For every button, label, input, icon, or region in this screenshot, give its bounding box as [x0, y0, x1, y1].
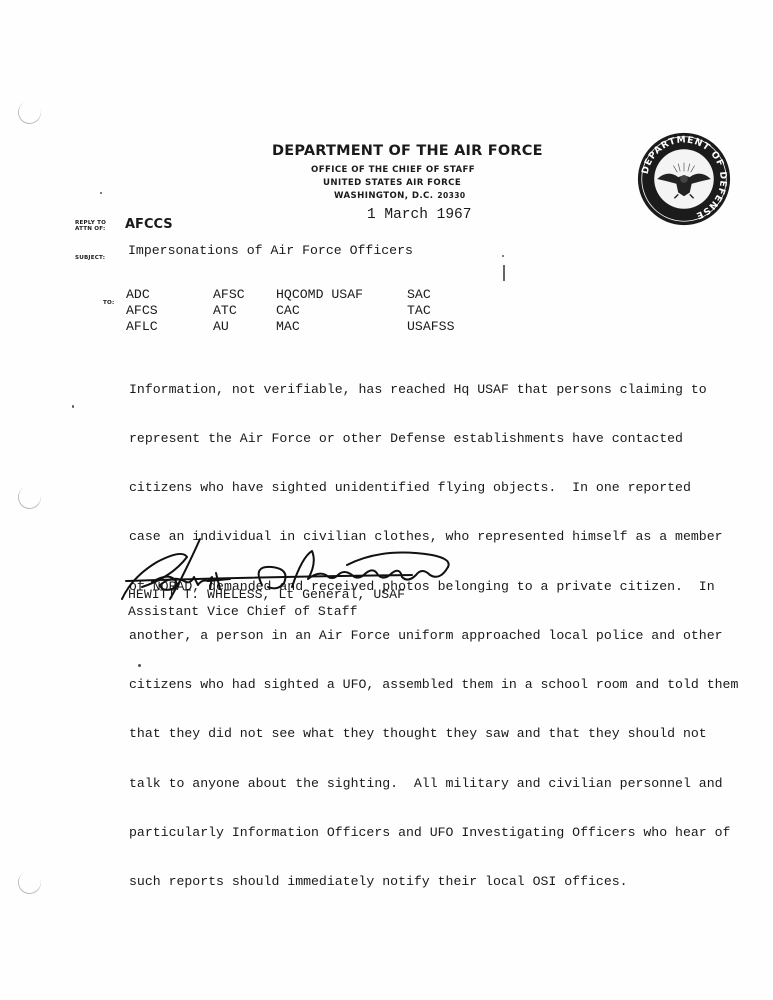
reply-to-label: REPLY TO ATTN OF: [75, 220, 106, 232]
stray-mark [503, 265, 505, 281]
stray-mark [100, 192, 102, 194]
addressee: TAC [407, 303, 454, 319]
addressee-column: AFSC ATC AU [213, 287, 245, 335]
letterhead-department: DEPARTMENT OF THE AIR FORCE [272, 143, 543, 159]
signature-block: HEWITT T. WHELESS, Lt General, USAF Assi… [128, 587, 405, 620]
letterhead-zip: 20330 [437, 191, 465, 200]
signer-title: Assistant Vice Chief of Staff [128, 604, 405, 621]
memo-page: DEPARTMENT OF THE AIR FORCE OFFICE OF TH… [0, 0, 773, 1000]
letterhead-address: WASHINGTON, D.C.20330 [334, 191, 466, 201]
memo-date: 1 March 1967 [367, 207, 471, 223]
memo-body: Information, not verifiable, has reached… [129, 349, 749, 923]
body-line: particularly Information Officers and UF… [129, 825, 749, 841]
letterhead-service: UNITED STATES AIR FORCE [323, 178, 461, 188]
body-line: represent the Air Force or other Defense… [129, 431, 749, 447]
hole-punch-mark [15, 868, 44, 897]
body-line: citizens who had sighted a UFO, assemble… [129, 677, 749, 693]
addressee: ATC [213, 303, 245, 319]
addressee: AFCS [126, 303, 158, 319]
addressee-column: ADC AFCS AFLC [126, 287, 158, 335]
addressee: AFLC [126, 319, 158, 335]
stray-mark [72, 405, 74, 408]
subject-text: Impersonations of Air Force Officers [128, 243, 413, 258]
body-line: talk to anyone about the sighting. All m… [129, 776, 749, 792]
letterhead-location: WASHINGTON, D.C. [334, 191, 433, 201]
addressee: HQCOMD USAF [276, 287, 363, 303]
body-line: Information, not verifiable, has reached… [129, 382, 749, 398]
to-label: TO: [103, 300, 114, 306]
body-line: citizens who have sighted unidentified f… [129, 480, 749, 496]
addressee: ADC [126, 287, 158, 303]
signer-name: HEWITT T. WHELESS, Lt General, USAF [128, 587, 405, 604]
addressee: AU [213, 319, 245, 335]
addressee-column: SAC TAC USAFSS [407, 287, 454, 335]
reply-to-office: AFCCS [125, 217, 173, 232]
hole-punch-mark [15, 483, 44, 512]
body-line: such reports should immediately notify t… [129, 874, 749, 890]
department-of-defense-seal-icon: DEPARTMENT OF DEFENSE [636, 131, 732, 227]
subject-label: SUBJECT: [75, 255, 105, 261]
addressee: MAC [276, 319, 363, 335]
addressee: CAC [276, 303, 363, 319]
body-line: that they did not see what they thought … [129, 726, 749, 742]
addressee: AFSC [213, 287, 245, 303]
addressee: USAFSS [407, 319, 454, 335]
body-line: another, a person in an Air Force unifor… [129, 628, 749, 644]
letterhead-office: OFFICE OF THE CHIEF OF STAFF [311, 165, 475, 175]
addressee: SAC [407, 287, 454, 303]
addressee-column: HQCOMD USAF CAC MAC [276, 287, 363, 335]
stray-mark [138, 664, 141, 667]
hole-punch-mark [15, 98, 44, 127]
stray-mark [502, 255, 504, 257]
